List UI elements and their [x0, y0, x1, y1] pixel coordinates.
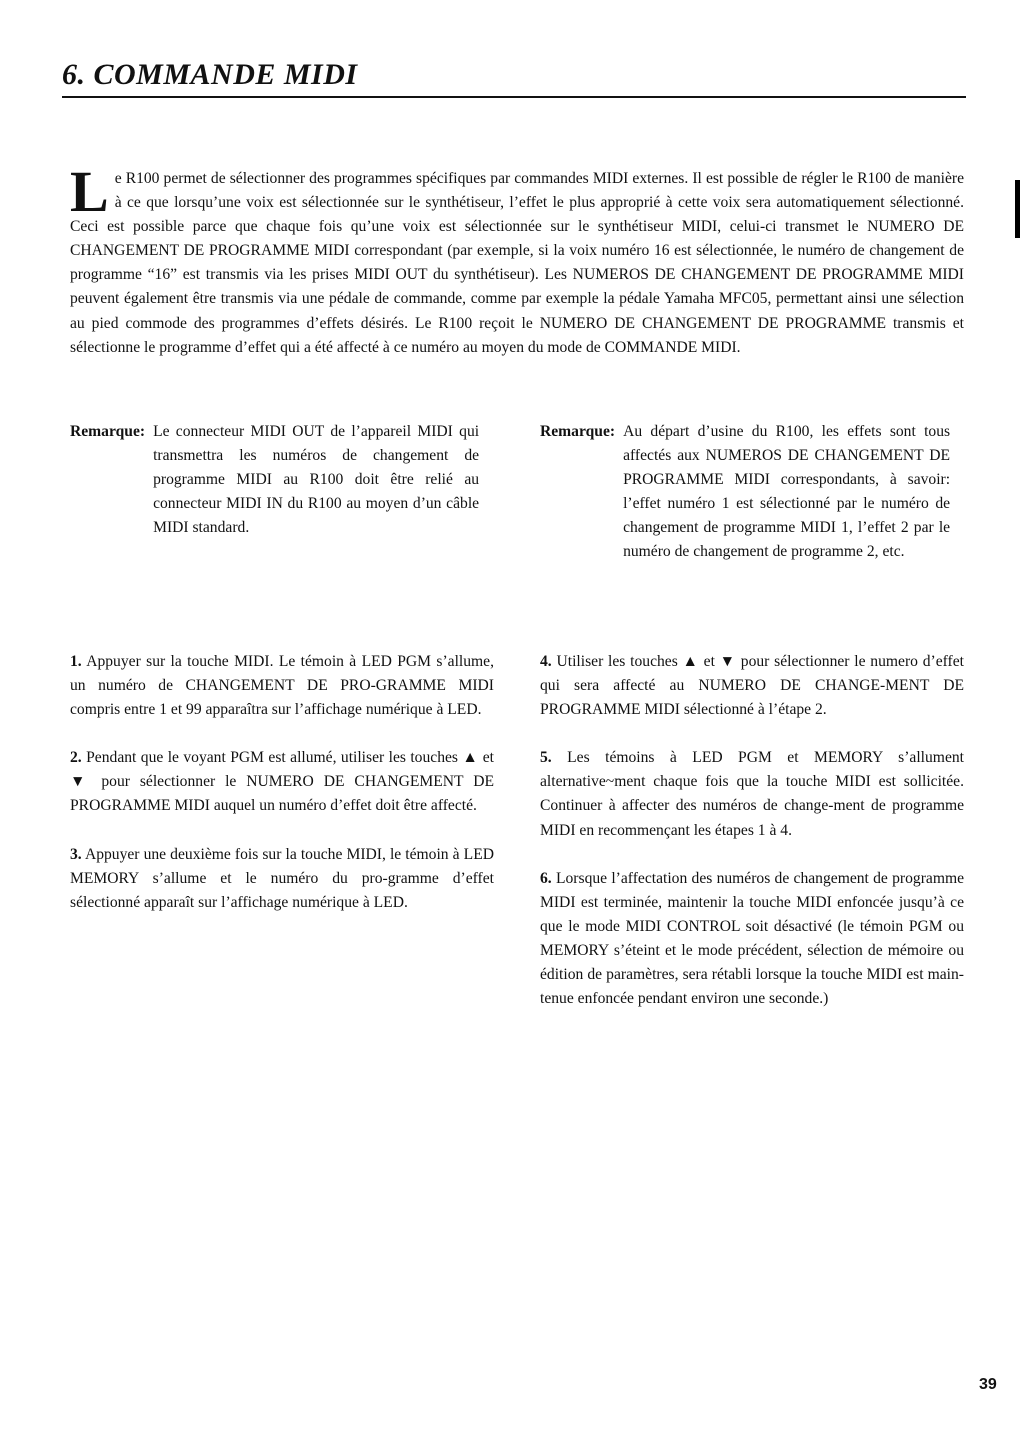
note-label: Remarque: [540, 420, 623, 565]
step-text: Les témoins à LED PGM et MEMORY s’allume… [540, 749, 964, 838]
drop-cap: L [70, 170, 109, 214]
intro-paragraph: Le R100 permet de sélectionner des progr… [70, 167, 964, 360]
step-4: 4. Utiliser les touches ▲ et ▼ pour séle… [540, 650, 964, 722]
step-6: 6. Lorsque l’affectation des numéros de … [540, 867, 964, 1012]
step-text: Appuyer une deuxième fois sur la touche … [70, 846, 494, 911]
note-connection: Remarque: Le connecteur MIDI OUT de l’ap… [70, 420, 494, 540]
step-number: 3. [70, 846, 82, 863]
page-number: 39 [979, 1376, 997, 1394]
section-edge-marker [1015, 180, 1020, 238]
note-label: Remarque: [70, 420, 153, 540]
step-3: 3. Appuyer une deuxième fois sur la touc… [70, 843, 494, 915]
step-text: Appuyer sur la touche MIDI. Le témoin à … [70, 653, 494, 718]
step-number: 4. [540, 653, 552, 670]
step-number: 1. [70, 653, 82, 670]
note-text: Le connecteur MIDI OUT de l’appareil MID… [153, 420, 479, 540]
step-2: 2. Pendant que le voyant PGM est allumé,… [70, 746, 494, 818]
steps-column-right: 4. Utiliser les touches ▲ et ▼ pour séle… [540, 650, 964, 1011]
step-5: 5. Les témoins à LED PGM et MEMORY s’all… [540, 746, 964, 842]
step-number: 6. [540, 870, 552, 887]
step-1: 1. Appuyer sur la touche MIDI. Le témoin… [70, 650, 494, 722]
page-title: 6. COMMANDE MIDI [62, 57, 358, 93]
note-factory-defaults: Remarque: Au départ d’usine du R100, les… [540, 420, 964, 565]
step-text: Lorsque l’affectation des numéros de cha… [540, 870, 964, 1007]
title-underline [62, 96, 966, 98]
step-number: 5. [540, 749, 552, 766]
intro-text: e R100 permet de sélectionner des progra… [70, 170, 964, 356]
step-text: Pendant que le voyant PGM est allumé, ut… [70, 749, 494, 814]
step-number: 2. [70, 749, 82, 766]
note-text: Au départ d’usine du R100, les effets so… [623, 420, 950, 565]
steps-column-left: 1. Appuyer sur la touche MIDI. Le témoin… [70, 650, 494, 915]
step-text: Utiliser les touches ▲ et ▼ pour sélecti… [540, 653, 964, 718]
